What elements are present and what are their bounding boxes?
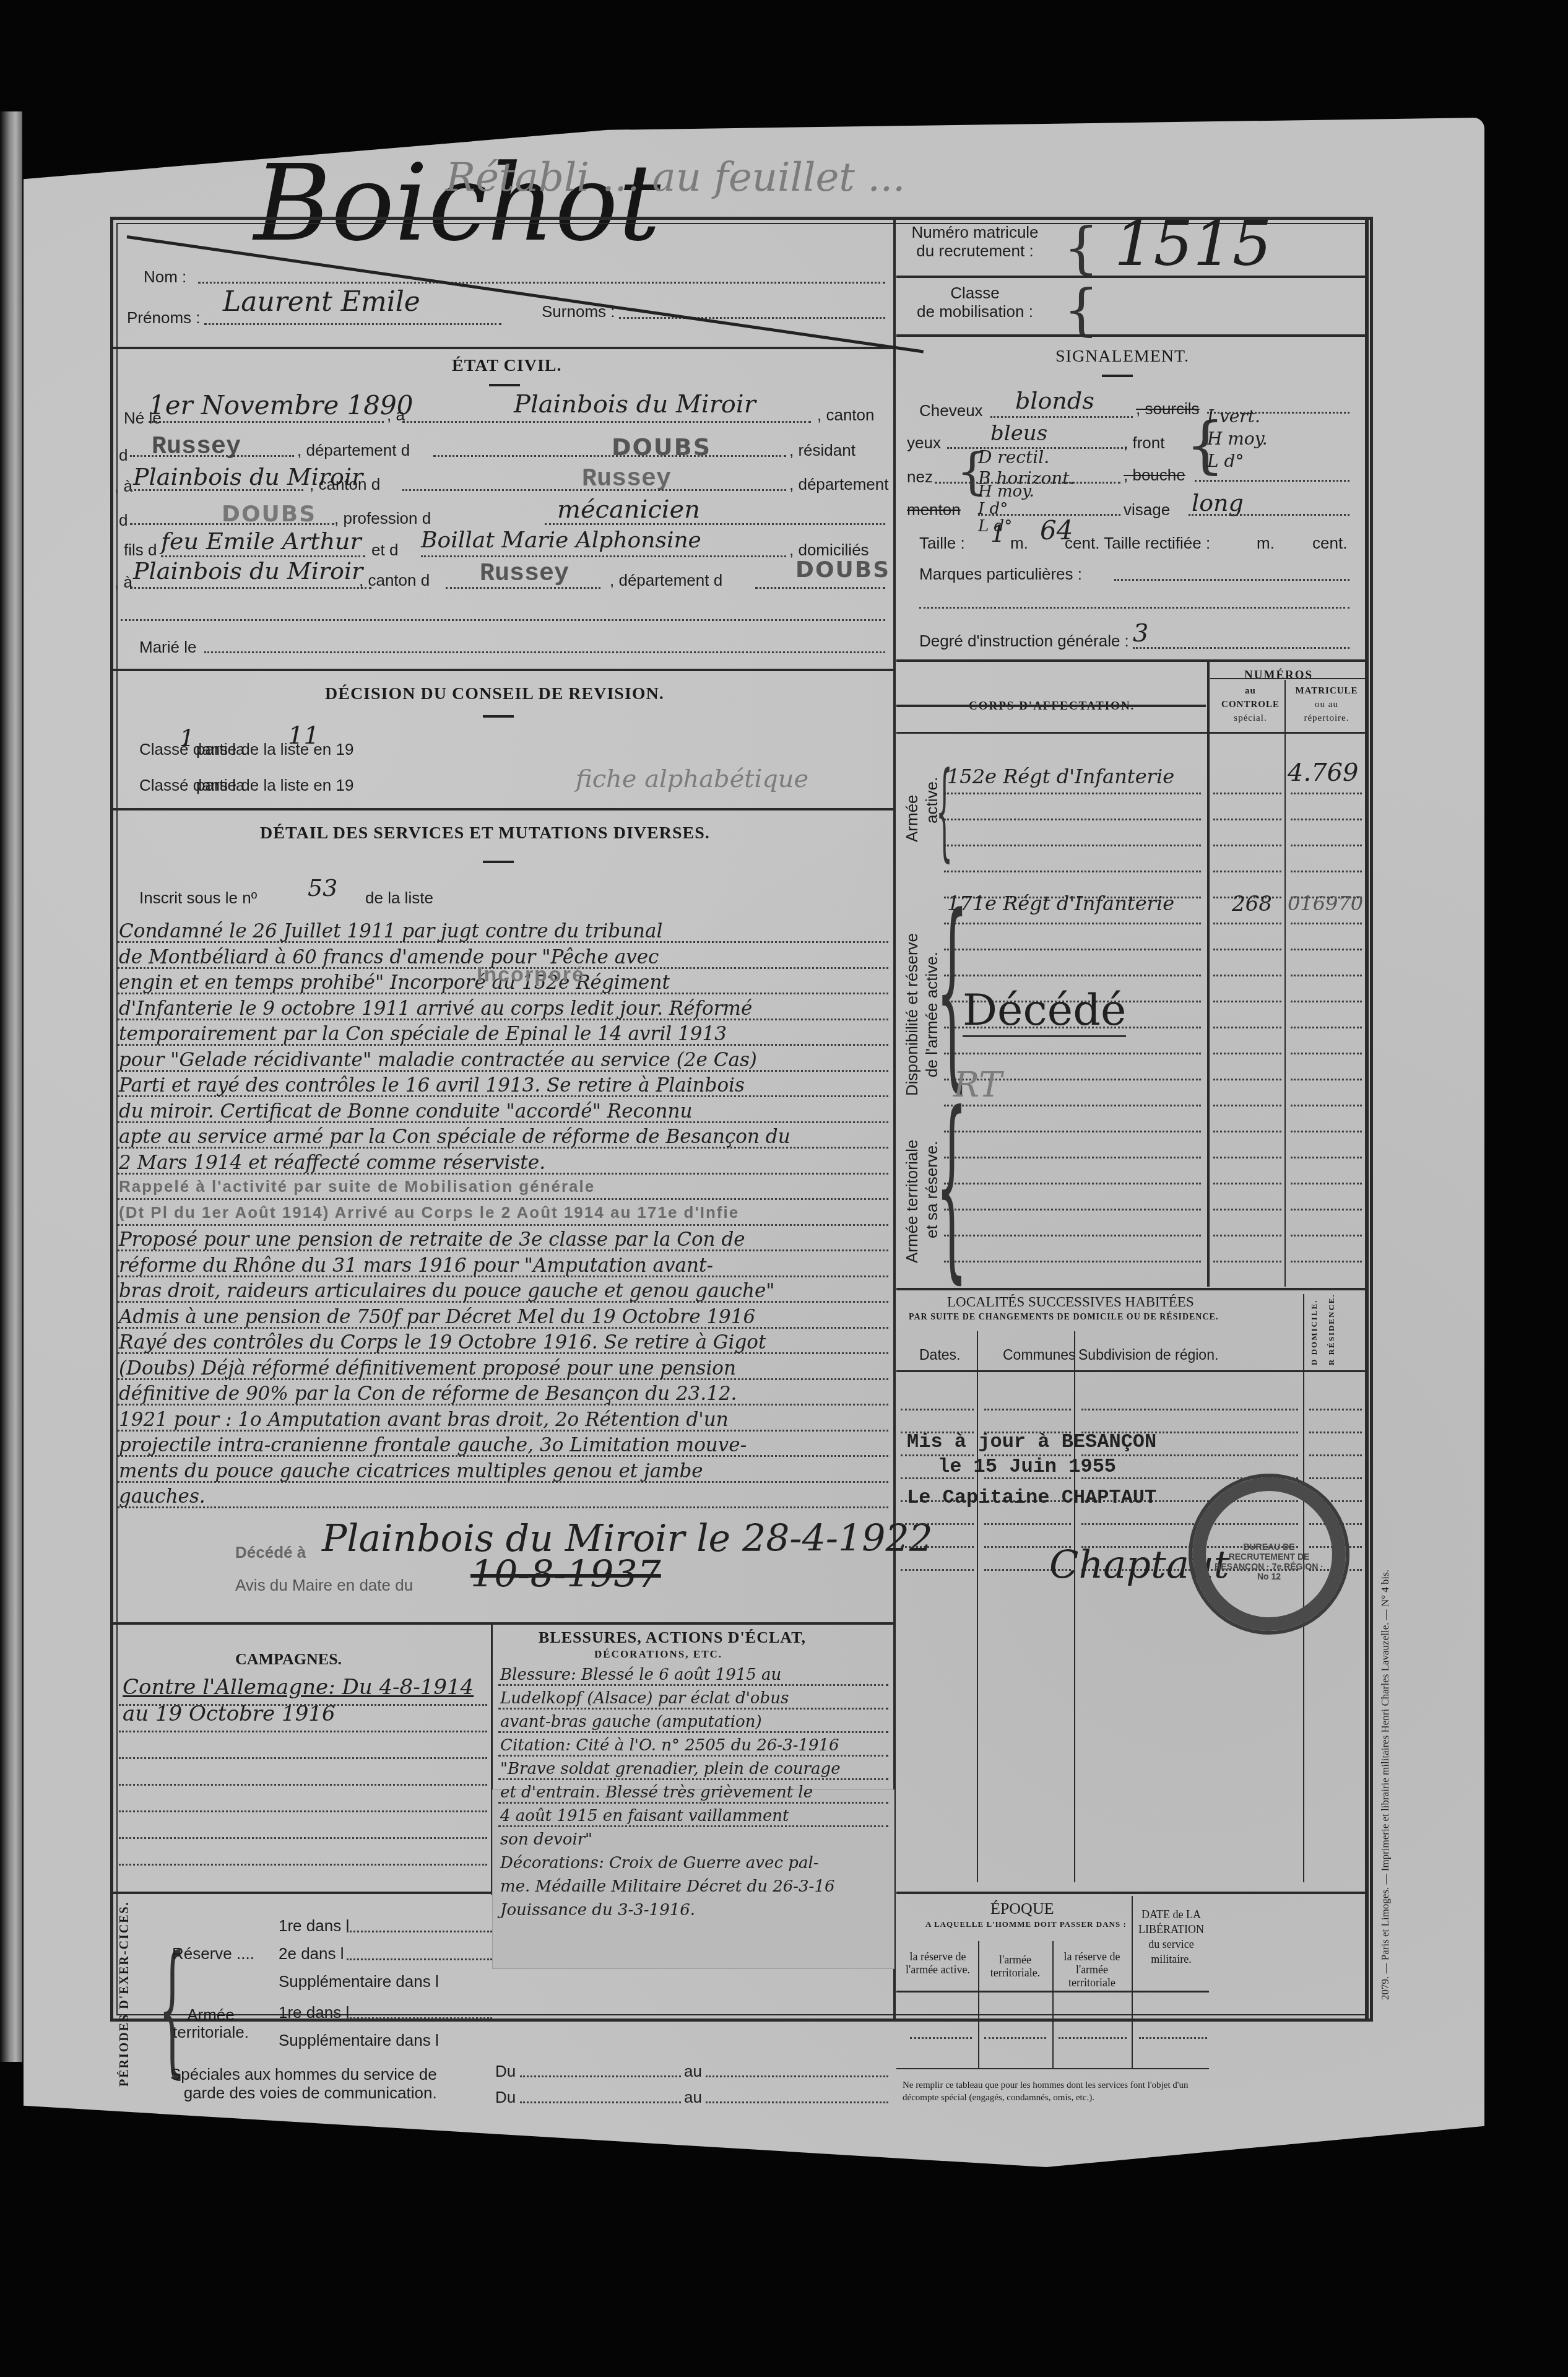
departement-parents-stamp: DOUBS xyxy=(795,557,890,583)
numeros-title: NUMÉROS xyxy=(1244,669,1313,682)
degre-value: 3 xyxy=(1133,619,1148,648)
corps-row-1-matricule: 4.769 xyxy=(1288,758,1359,787)
epoque-note: Ne remplir ce tableau que pour les homme… xyxy=(903,2079,1209,2104)
epoque-subtitle: A LAQUELLE L'HOMME DOIT PASSER DANS : xyxy=(925,1919,1127,1929)
blessure-line: Blessure: Blessé le 6 août 1915 au xyxy=(500,1666,781,1684)
blessures-title: BLESSURES, ACTIONS D'ÉCLAT, xyxy=(539,1628,806,1647)
service-line: (Doubs) Déjà réformé définitivement prop… xyxy=(119,1357,736,1380)
domicile-parents: Plainbois du Miroir xyxy=(133,557,363,584)
pere-value: feu Emile Arthur xyxy=(161,528,362,555)
blessure-line: et d'entrain. Blessé très grièvement le xyxy=(500,1783,813,1802)
service-line: réforme du Rhône du 31 mars 1916 pour "A… xyxy=(119,1254,713,1277)
campagnes-line1: Contre l'Allemagne: Du 4-8-1914 xyxy=(123,1675,474,1700)
service-line: projectile intra-cranienne frontale gauc… xyxy=(119,1434,747,1456)
mise-a-jour-l1: Mis à jour à BESANÇON xyxy=(907,1430,1156,1453)
prenoms-value: Laurent Emile xyxy=(223,286,420,318)
blessure-line: "Brave soldat grenadier, plein de courag… xyxy=(500,1760,841,1778)
service-line: Condamné le 26 Juillet 1911 par jugt con… xyxy=(119,920,662,942)
blessure-line: Citation: Cité à l'O. n° 2505 du 26-3-19… xyxy=(500,1736,839,1755)
mise-a-jour-l3: Le Capitaine CHAPTAUT xyxy=(907,1486,1156,1509)
blessures-subtitle: DÉCORATIONS, ETC. xyxy=(594,1648,722,1661)
service-line: pour "Gelade récidivante" maladie contra… xyxy=(119,1049,757,1071)
corps-row-2: 171e Régt d'Infanterie xyxy=(947,892,1174,915)
service-line: Admis à une pension de 750f par Décret M… xyxy=(119,1306,755,1328)
col-armee-territoriale: l'armée territoriale. xyxy=(981,1953,1049,1979)
rt-mark: RT xyxy=(953,1065,1002,1105)
signalement-title: SIGNALEMENT. xyxy=(1055,347,1189,367)
matricule-header: MATRICULEou aurépertoire. xyxy=(1286,684,1367,725)
lieu-naissance: Plainbois du Miroir xyxy=(514,390,756,419)
matricule-number: 1515 xyxy=(1114,207,1272,280)
etat-civil-title: ÉTAT CIVIL. xyxy=(452,356,562,376)
blessure-line: me. Médaille Militaire Décret du 26-3-16 xyxy=(500,1877,835,1896)
blessure-line: 4 août 1915 en faisant vaillamment xyxy=(500,1807,789,1825)
service-line: du miroir. Certificat de Bonne conduite … xyxy=(119,1100,692,1123)
corps-row-2-controle: 268 xyxy=(1232,892,1272,916)
service-line: d'Infanterie le 9 octobre 1911 arrivé au… xyxy=(119,997,752,1020)
date-naissance: 1er Novembre 1890 xyxy=(149,390,414,420)
epoque-title: ÉPOQUE xyxy=(990,1900,1054,1918)
matricule-label: Numéro matriculedu recrutement : xyxy=(907,223,1043,260)
visage-value: long xyxy=(1192,489,1244,516)
col-date-liberation: DATE de LA LIBÉRATION du service militai… xyxy=(1134,1907,1208,1966)
localites-title: LOCALITÉS SUCCESSIVES HABITÉES xyxy=(947,1294,1194,1310)
corps-row-2-matricule: 016970 xyxy=(1288,892,1363,915)
seal-text: BUREAU DE RECRUTEMENT DE BESANÇON · 7e R… xyxy=(1210,1542,1328,1581)
classe-label: Classede mobilisation : xyxy=(907,284,1043,321)
avis-maire-date: 10-8-1937 xyxy=(470,1553,661,1596)
nom-label: Nom : xyxy=(144,267,186,287)
blessure-line: son devoir" xyxy=(500,1830,592,1849)
decision-annee-1: 11 xyxy=(288,721,319,750)
service-line: 1921 pour : 1o Amputation avant bras dro… xyxy=(119,1409,729,1431)
book-binding xyxy=(0,111,22,2062)
mise-a-jour-l2: le 15 Juin 1955 xyxy=(938,1455,1116,1478)
blessure-line: avant-bras gauche (amputation) xyxy=(500,1713,762,1731)
service-line: Proposé pour une pension de retraite de … xyxy=(119,1228,745,1251)
front-value: I vert.H moy.L d° xyxy=(1207,406,1268,472)
mere-value: Boillat Marie Alphonsine xyxy=(421,528,701,553)
service-line: apte au service armé par la Con spéciale… xyxy=(119,1126,790,1148)
decision-note: fiche alphabétique xyxy=(576,765,808,793)
canton-naissance-stamp: Russey xyxy=(152,433,241,461)
service-line: Rayé des contrôles du Corps le 19 Octobr… xyxy=(119,1331,766,1354)
inscrit-numero: 53 xyxy=(308,874,337,902)
service-line: (Dt Pl du 1er Août 1914) Arrivé au Corps… xyxy=(119,1203,739,1222)
printer-imprint: 2079. — Paris et Limoges. — Imprimerie e… xyxy=(1379,1570,1392,2000)
service-line: Rappelé à l'activité par suite de Mobili… xyxy=(119,1177,595,1196)
menton-value: H moy.I d°L d° xyxy=(978,483,1034,535)
blessure-line: Jouissance du 3-3-1916. xyxy=(500,1901,695,1919)
localites-subtitle: PAR SUITE DE CHANGEMENTS DE DOMICILE OU … xyxy=(909,1313,1218,1323)
canton-parents-stamp: Russey xyxy=(480,560,569,588)
profession-value: mécanicien xyxy=(557,495,700,524)
cheveux-value: blonds xyxy=(1015,387,1094,414)
decede-mark: Décédé xyxy=(963,984,1126,1037)
stamp-incorpore: Incorporé xyxy=(477,963,585,987)
campagnes-title: CAMPAGNES. xyxy=(235,1650,342,1669)
blessure-line: Ludelkopf (Alsace) par éclat d'obus xyxy=(500,1689,789,1708)
service-line: engin et en temps prohibé" Incorporé au … xyxy=(119,971,670,994)
column-divider xyxy=(893,220,896,1892)
service-line: ments du pouce gauche cicatrices multipl… xyxy=(119,1460,703,1482)
marie-label: Marié le xyxy=(139,638,196,657)
service-line: définitive de 90% par la Con de réforme … xyxy=(119,1383,737,1405)
yeux-value: bleus xyxy=(990,421,1047,446)
decision-title: DÉCISION DU CONSEIL DE REVISION. xyxy=(325,684,664,704)
prenoms-label: Prénoms : xyxy=(127,308,201,328)
service-line: 2 Mars 1914 et réaffecté comme réservist… xyxy=(119,1152,545,1174)
service-line: temporairement par la Con spéciale de Ep… xyxy=(119,1023,727,1045)
periodes-label: PÉRIODES D'EXER-CICES. xyxy=(118,1901,132,2087)
taille-m: 1 xyxy=(990,520,1005,547)
decision-partie-1: 1 xyxy=(180,724,194,752)
corps-row-1: 152e Régt d'Infanterie xyxy=(947,765,1174,788)
service-line: bras droit, raideurs articulaires du pou… xyxy=(119,1280,775,1302)
services-title: DÉTAIL DES SERVICES ET MUTATIONS DIVERSE… xyxy=(260,823,710,843)
col-reserve-active: la réserve de l'armée active. xyxy=(901,1950,975,1976)
col-reserve-territoriale: la réserve de l'armée territoriale xyxy=(1055,1950,1128,1989)
service-line: gauches. xyxy=(119,1485,206,1508)
blessure-line: Décorations: Croix de Guerre avec pal- xyxy=(500,1854,818,1872)
header-annotation: Rétabli ... au feuillet ... xyxy=(446,155,905,201)
service-line: Parti et rayé des contrôles le 16 avril … xyxy=(119,1074,745,1097)
controle-header: auCONTROLEspécial. xyxy=(1213,684,1288,725)
